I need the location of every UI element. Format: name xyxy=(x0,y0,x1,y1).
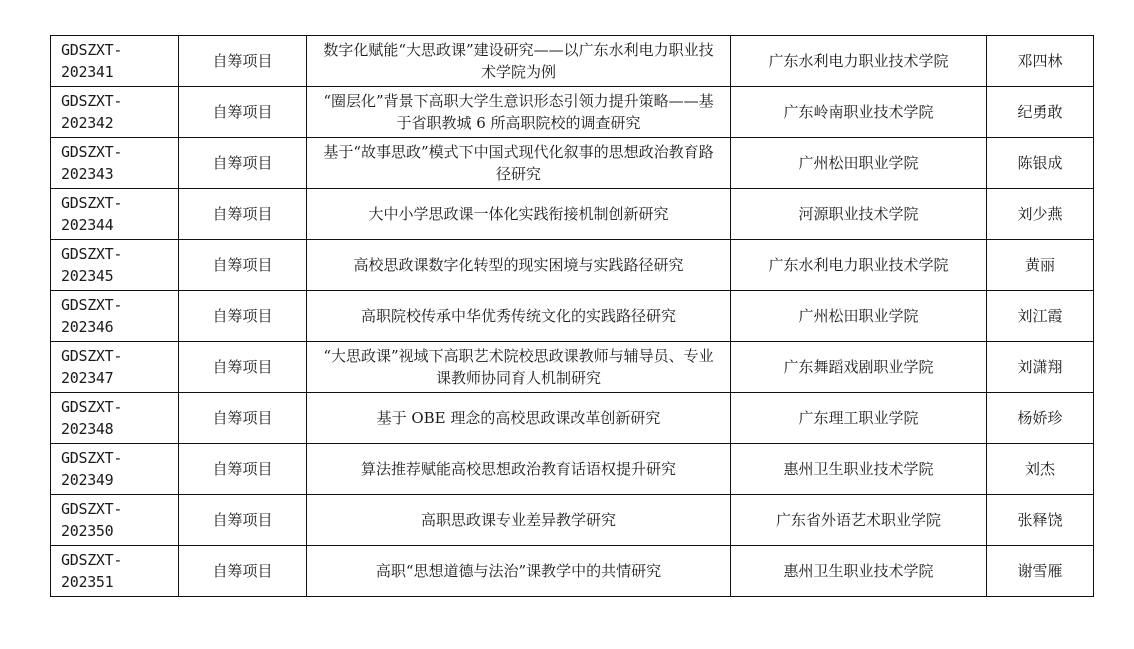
school-name: 广东理工职业学院 xyxy=(731,393,987,444)
project-title: “圈层化”背景下高职大学生意识形态引领力提升策略——基于省职教城 6 所高职院校… xyxy=(307,87,731,138)
project-type: 自筹项目 xyxy=(179,87,307,138)
project-title: 大中小学思政课一体化实践衔接机制创新研究 xyxy=(307,189,731,240)
school-name: 广州松田职业学院 xyxy=(731,138,987,189)
school-name: 广东省外语艺术职业学院 xyxy=(731,495,987,546)
project-id: GDSZXT-202348 xyxy=(51,393,179,444)
project-leader: 张释饶 xyxy=(987,495,1094,546)
project-title: 基于“故事思政”模式下中国式现代化叙事的思想政治教育路径研究 xyxy=(307,138,731,189)
project-type: 自筹项目 xyxy=(179,291,307,342)
project-type: 自筹项目 xyxy=(179,342,307,393)
project-title: 高职思政课专业差异教学研究 xyxy=(307,495,731,546)
project-type: 自筹项目 xyxy=(179,36,307,87)
school-name: 广东水利电力职业技术学院 xyxy=(731,240,987,291)
project-leader: 刘杰 xyxy=(987,444,1094,495)
project-type: 自筹项目 xyxy=(179,138,307,189)
project-leader: 邓四林 xyxy=(987,36,1094,87)
table-row: GDSZXT-202345 自筹项目 高校思政课数字化转型的现实困境与实践路径研… xyxy=(51,240,1094,291)
table-row: GDSZXT-202346 自筹项目 高职院校传承中华优秀传统文化的实践路径研究… xyxy=(51,291,1094,342)
project-type: 自筹项目 xyxy=(179,240,307,291)
project-type: 自筹项目 xyxy=(179,444,307,495)
project-id: GDSZXT-202346 xyxy=(51,291,179,342)
project-title: 数字化赋能“大思政课”建设研究——以广东水利电力职业技术学院为例 xyxy=(307,36,731,87)
project-id: GDSZXT-202342 xyxy=(51,87,179,138)
project-title: 高校思政课数字化转型的现实困境与实践路径研究 xyxy=(307,240,731,291)
project-title: 高职院校传承中华优秀传统文化的实践路径研究 xyxy=(307,291,731,342)
table-row: GDSZXT-202342 自筹项目 “圈层化”背景下高职大学生意识形态引领力提… xyxy=(51,87,1094,138)
project-leader: 谢雪雁 xyxy=(987,546,1094,597)
project-id: GDSZXT-202341 xyxy=(51,36,179,87)
school-name: 惠州卫生职业技术学院 xyxy=(731,444,987,495)
school-name: 广州松田职业学院 xyxy=(731,291,987,342)
project-id: GDSZXT-202347 xyxy=(51,342,179,393)
project-leader: 陈银成 xyxy=(987,138,1094,189)
project-id: GDSZXT-202350 xyxy=(51,495,179,546)
project-type: 自筹项目 xyxy=(179,495,307,546)
table-row: GDSZXT-202348 自筹项目 基于 OBE 理念的高校思政课改革创新研究… xyxy=(51,393,1094,444)
table-row: GDSZXT-202351 自筹项目 高职“思想道德与法治”课教学中的共情研究 … xyxy=(51,546,1094,597)
project-leader: 刘江霞 xyxy=(987,291,1094,342)
school-name: 惠州卫生职业技术学院 xyxy=(731,546,987,597)
project-id: GDSZXT-202343 xyxy=(51,138,179,189)
project-title: “大思政课”视域下高职艺术院校思政课教师与辅导员、专业课教师协同育人机制研究 xyxy=(307,342,731,393)
project-type: 自筹项目 xyxy=(179,546,307,597)
table-row: GDSZXT-202341 自筹项目 数字化赋能“大思政课”建设研究——以广东水… xyxy=(51,36,1094,87)
project-type: 自筹项目 xyxy=(179,393,307,444)
project-title: 高职“思想道德与法治”课教学中的共情研究 xyxy=(307,546,731,597)
school-name: 广东水利电力职业技术学院 xyxy=(731,36,987,87)
table-row: GDSZXT-202347 自筹项目 “大思政课”视域下高职艺术院校思政课教师与… xyxy=(51,342,1094,393)
project-leader: 纪勇敢 xyxy=(987,87,1094,138)
project-id: GDSZXT-202349 xyxy=(51,444,179,495)
table-row: GDSZXT-202344 自筹项目 大中小学思政课一体化实践衔接机制创新研究 … xyxy=(51,189,1094,240)
project-title: 算法推荐赋能高校思想政治教育话语权提升研究 xyxy=(307,444,731,495)
school-name: 河源职业技术学院 xyxy=(731,189,987,240)
project-table: GDSZXT-202341 自筹项目 数字化赋能“大思政课”建设研究——以广东水… xyxy=(50,35,1094,597)
school-name: 广东舞蹈戏剧职业学院 xyxy=(731,342,987,393)
table-row: GDSZXT-202343 自筹项目 基于“故事思政”模式下中国式现代化叙事的思… xyxy=(51,138,1094,189)
project-id: GDSZXT-202351 xyxy=(51,546,179,597)
project-type: 自筹项目 xyxy=(179,189,307,240)
table-row: GDSZXT-202349 自筹项目 算法推荐赋能高校思想政治教育话语权提升研究… xyxy=(51,444,1094,495)
school-name: 广东岭南职业技术学院 xyxy=(731,87,987,138)
project-leader: 刘潇翔 xyxy=(987,342,1094,393)
project-id: GDSZXT-202344 xyxy=(51,189,179,240)
project-id: GDSZXT-202345 xyxy=(51,240,179,291)
project-leader: 刘少燕 xyxy=(987,189,1094,240)
project-title: 基于 OBE 理念的高校思政课改革创新研究 xyxy=(307,393,731,444)
project-leader: 黄丽 xyxy=(987,240,1094,291)
table-row: GDSZXT-202350 自筹项目 高职思政课专业差异教学研究 广东省外语艺术… xyxy=(51,495,1094,546)
project-leader: 杨娇珍 xyxy=(987,393,1094,444)
